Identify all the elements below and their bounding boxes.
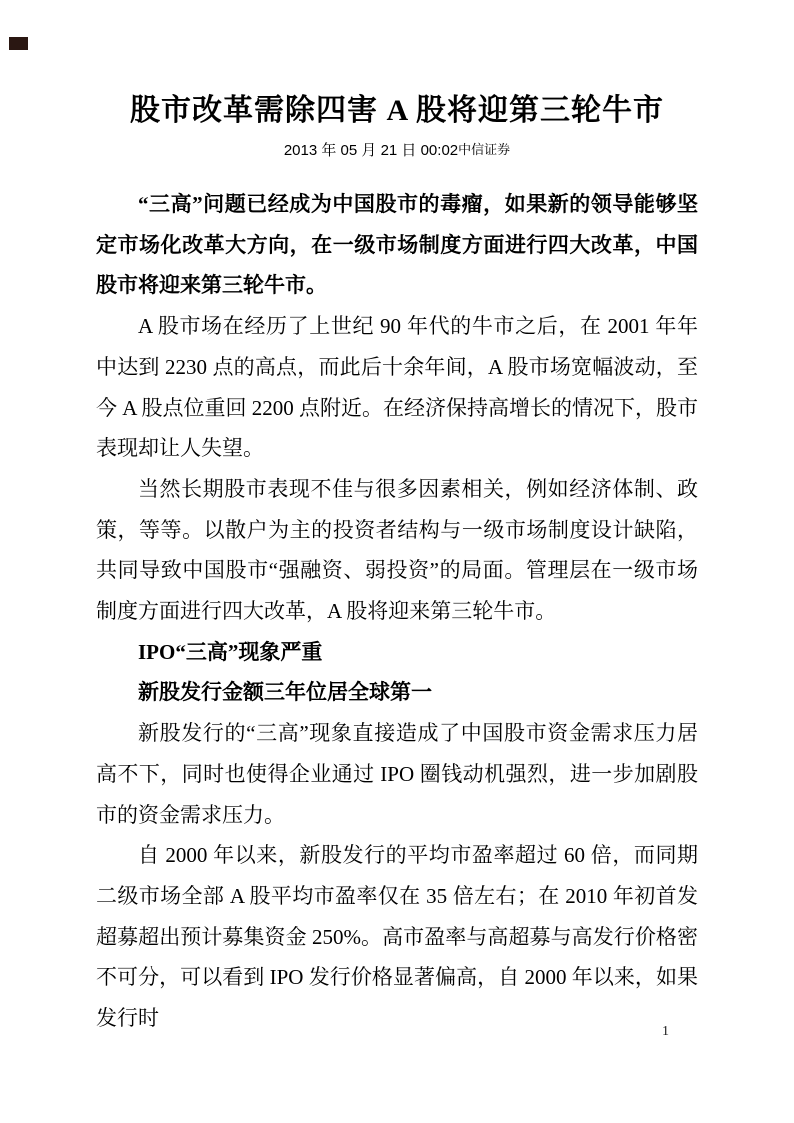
section-heading-global-first: 新股发行金额三年位居全球第一 [96,672,698,713]
article-body: “三高”问题已经成为中国股市的毒瘤，如果新的领导能够坚定市场化改革大方向，在一级… [96,184,698,1039]
section-heading-ipo-santigao: IPO“三高”现象严重 [96,632,698,673]
article-title: 股市改革需除四害 A 股将迎第三轮牛市 [0,0,794,134]
paragraph-lead: “三高”问题已经成为中国股市的毒瘤，如果新的领导能够坚定市场化改革大方向，在一级… [96,184,698,306]
publish-datetime: 2013 年 05 月 21 日 00:02 [284,142,458,159]
corner-annotation-mark [9,37,28,50]
paragraph-causes: 当然长期股市表现不佳与很多因素相关，例如经济体制、政策，等等。以散户为主的投资者… [96,469,698,632]
page-number: 1 [662,1023,669,1041]
paragraph-pe-ratio: 自 2000 年以来，新股发行的平均市盈率超过 60 倍，而同期二级市场全部 A… [96,835,698,1039]
paragraph-funding-pressure: 新股发行的“三高”现象直接造成了中国股市资金需求压力居高不下，同时也使得企业通过… [96,713,698,835]
source-name: 中信证券 [458,142,510,157]
paragraph-market-history: A 股市场在经历了上世纪 90 年代的牛市之后，在 2001 年年中达到 223… [96,306,698,469]
document-page: 股市改革需除四害 A 股将迎第三轮牛市 2013 年 05 月 21 日 00:… [0,0,794,1123]
dateline: 2013 年 05 月 21 日 00:02中信证券 [0,140,794,161]
